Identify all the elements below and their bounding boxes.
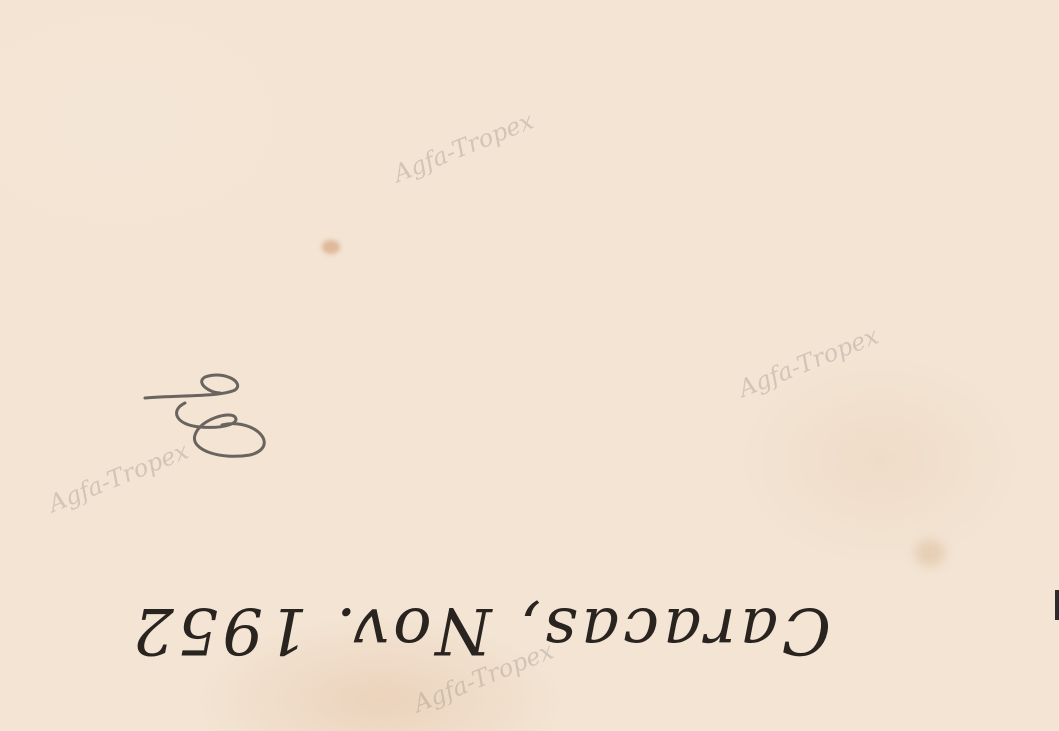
stain	[915, 540, 945, 566]
photo-back-paper: Agfa-Tropex Agfa-Tropex Agfa-Tropex Agfa…	[0, 0, 1059, 731]
photo-edge	[1055, 590, 1059, 620]
handwritten-inscription: Caracas, Nov. 1952	[100, 570, 860, 690]
watermark-agfa-tropex: Agfa-Tropex	[390, 107, 538, 188]
pencil-mark-icon	[140, 365, 280, 465]
stain	[322, 240, 340, 254]
watermark-agfa-tropex: Agfa-Tropex	[735, 322, 883, 403]
